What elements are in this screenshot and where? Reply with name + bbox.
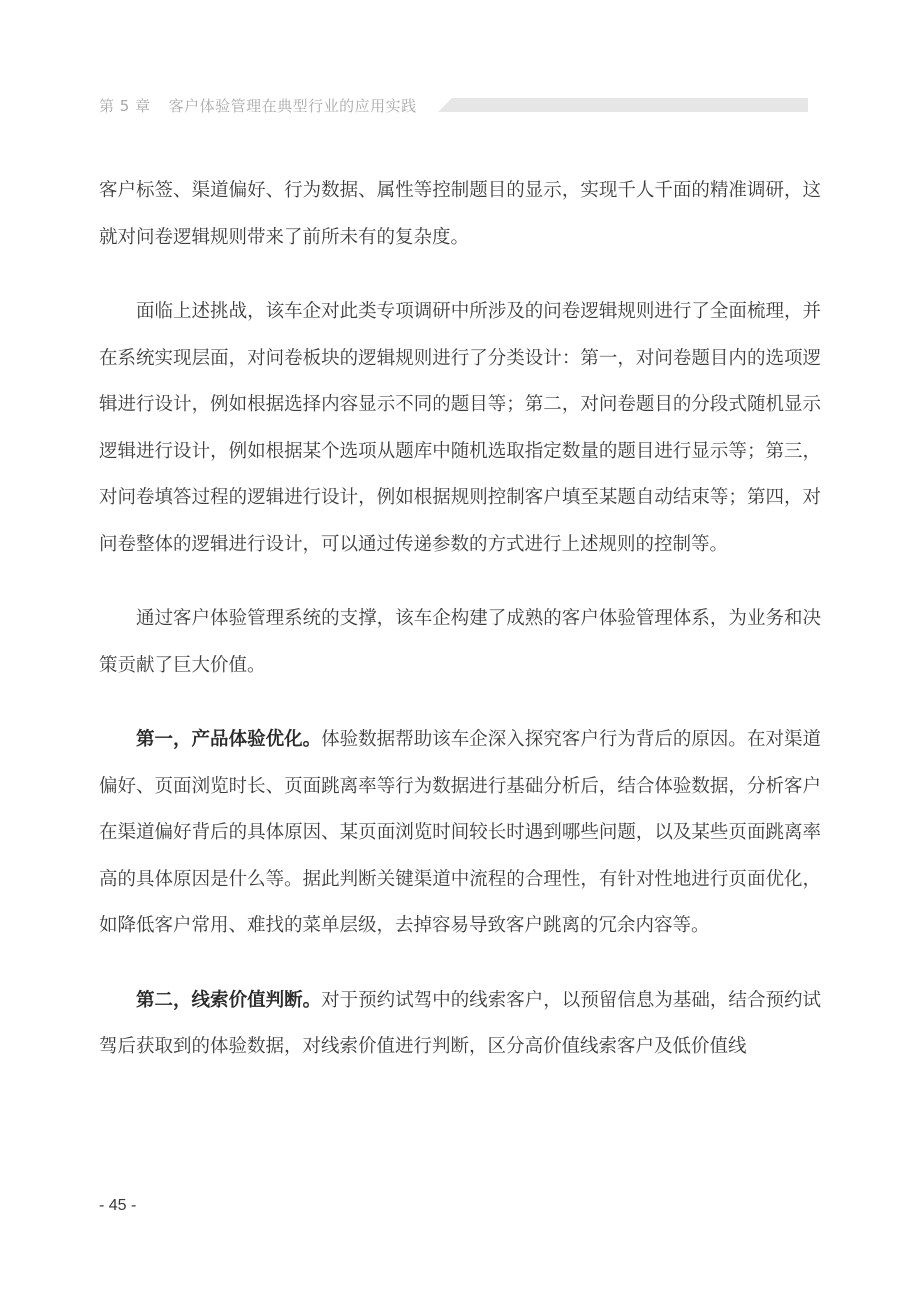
chapter-number: 第 5 章: [99, 95, 151, 116]
paragraph-text: 体验数据帮助该车企深入探究客户行为背后的原因。在对渠道偏好、页面浏览时长、页面跳…: [99, 729, 821, 936]
paragraph-lead-value: 第二，线索价值判断。对于预约试驾中的线索客户，以预留信息为基础，结合预约试驾后获…: [99, 978, 821, 1071]
header-decorative-bar: [438, 98, 808, 112]
paragraph-text: 通过客户体验管理系统的支撑，该车企构建了成熟的客户体验管理体系，为业务和决策贡献…: [99, 608, 821, 676]
paragraph-logic-rules: 面临上述挑战，该车企对此类专项调研中所涉及的问卷逻辑规则进行了全面梳理，并在系统…: [99, 289, 821, 568]
paragraph-product-optimization: 第一，产品体验优化。体验数据帮助该车企深入探究客户行为背后的原因。在对渠道偏好、…: [99, 717, 821, 950]
paragraph-lead-heading: 第一，产品体验优化。: [136, 729, 321, 750]
body-text: 客户标签、渠道偏好、行为数据、属性等控制题目的显示，实现千人千面的精准调研，这就…: [99, 168, 821, 1071]
paragraph-text: 客户标签、渠道偏好、行为数据、属性等控制题目的显示，实现千人千面的精准调研，这就…: [99, 180, 821, 248]
paragraph-lead-heading: 第二，线索价值判断。: [136, 990, 321, 1011]
running-header: 第 5 章 客户体验管理在典型行业的应用实践: [99, 94, 417, 116]
page-number: - 45 -: [99, 1197, 136, 1215]
paragraph-continued: 客户标签、渠道偏好、行为数据、属性等控制题目的显示，实现千人千面的精准调研，这就…: [99, 168, 821, 261]
paragraph-value-intro: 通过客户体验管理系统的支撑，该车企构建了成熟的客户体验管理体系，为业务和决策贡献…: [99, 596, 821, 689]
paragraph-text: 面临上述挑战，该车企对此类专项调研中所涉及的问卷逻辑规则进行了全面梳理，并在系统…: [99, 301, 821, 555]
chapter-title: 客户体验管理在典型行业的应用实践: [169, 95, 417, 116]
